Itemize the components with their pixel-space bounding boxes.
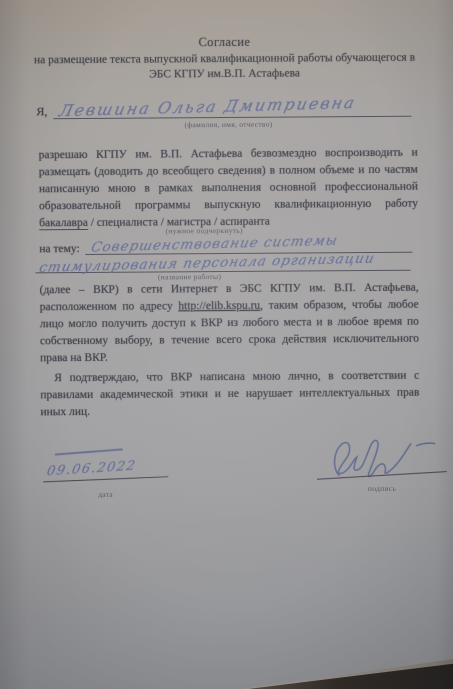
- topic-blank-line2: стимулирования персонала организации: [35, 253, 410, 274]
- declarant-name-blank: Левшина Ольга Дмитриевна: [53, 96, 411, 119]
- topic-label: на тему:: [39, 243, 79, 255]
- form-subtitle-line2: ЭБС КГПУ им.В.П. Астафьева: [12, 65, 437, 82]
- signature-scribble: [323, 435, 441, 488]
- declarant-row: Я, Левшина Ольга Дмитриевна: [36, 96, 411, 120]
- date-caption: дата: [43, 489, 168, 499]
- date-block: 09.06.2022 дата: [43, 450, 168, 499]
- signature-block: подпись: [317, 434, 447, 493]
- handwritten-full-name: Левшина Ольга Дмитриевна: [57, 93, 358, 120]
- consent-form: Согласие на размещение текста выпускной …: [0, 0, 453, 689]
- handwritten-date: 09.06.2022: [46, 459, 138, 480]
- form-subtitle: на размещение текста выпускной квалифика…: [12, 51, 437, 83]
- declarant-prefix: Я,: [36, 104, 47, 119]
- signature-caption: подпись: [317, 483, 447, 493]
- placement-paragraph: (далее – ВКР) в сети Интернет в ЭБС КГПУ…: [40, 280, 420, 368]
- form-subtitle-line1: на размещение текста выпускной квалифика…: [12, 51, 437, 68]
- elib-url-link: http://elib.kspu.ru: [178, 300, 260, 313]
- confirmation-paragraph: Я подтверждаю, что ВКР написана мною лич…: [40, 368, 419, 422]
- form-title: Согласие: [0, 33, 451, 51]
- stray-pen-stroke: [55, 448, 123, 455]
- permission-paragraph: разрешаю КГПУ им. В.П. Астафьева безвозм…: [39, 145, 419, 233]
- permission-text: разрешаю КГПУ им. В.П. Астафьева безвозм…: [39, 147, 418, 213]
- date-blank-line: 09.06.2022: [42, 456, 168, 482]
- document-photo: Согласие на размещение текста выпускной …: [0, 0, 453, 689]
- full-name-caption: (фамилия, имя, отчество): [118, 119, 338, 130]
- degree-option-underlined: бакалавра: [39, 217, 88, 230]
